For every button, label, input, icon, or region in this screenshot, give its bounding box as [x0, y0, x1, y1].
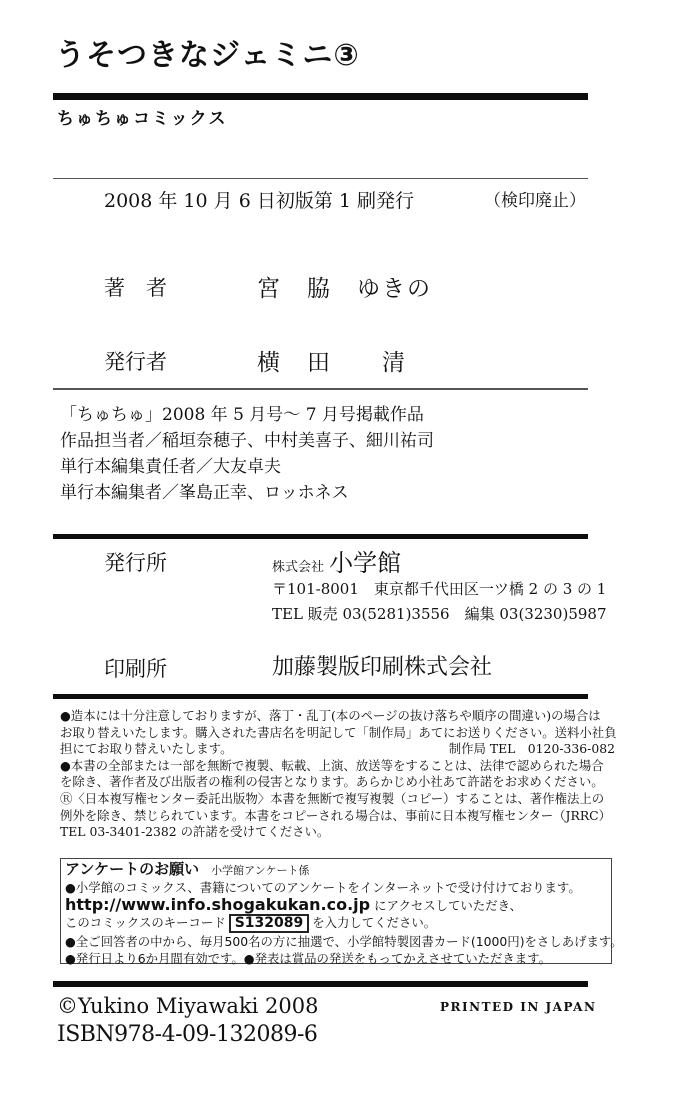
- key-code: S132089: [229, 914, 310, 933]
- imprint-label: ちゅちゅコミックス: [57, 104, 228, 129]
- credit-line: 単行本編集責任者／大友卓夫: [60, 454, 434, 480]
- notice-line: ●本書の全部または一部を無断で複製、転載、上演、放送等をすることは、法律で認めら…: [60, 758, 615, 775]
- edition-date: 2008 年 10 月 6 日初版第 1 刷発行: [104, 186, 414, 213]
- publisher-address: 〒101-8001 東京都千代田区一ツ橋 2 の 3 の 1: [272, 578, 606, 599]
- survey-box: アンケートのお願い小学館アンケート係 ●小学館のコミックス、書籍についてのアンケ…: [60, 858, 612, 964]
- notice-line: TEL 03-3401-2382 の許諾を受けてください。: [60, 824, 615, 841]
- survey-line: ●小学館のコミックス、書籍についてのアンケートをインターネットで受け付けておりま…: [65, 879, 607, 896]
- printer-label: 印刷所: [104, 653, 167, 683]
- seal-note: （検印廃止）: [484, 186, 586, 211]
- copyright: ©Yukino Miyawaki 2008: [57, 994, 319, 1018]
- book-title: うそつきなジェミニ③: [55, 30, 360, 74]
- production-phone: 制作局 TEL 0120-336-082: [449, 741, 615, 758]
- key-suffix: を入力してください。: [312, 915, 436, 930]
- publisher-phone: TEL 販売 03(5281)3556 編集 03(3230)5987: [272, 603, 607, 624]
- divider-thick-3: [53, 694, 588, 699]
- credits-block: 「ちゅちゅ」2008 年 5 月号～ 7 月号掲載作品 作品担当者／稲垣奈穂子、…: [60, 402, 434, 506]
- survey-heading: アンケートのお願い: [65, 860, 199, 878]
- notice-line: を除き、著作者及び出版者の権利の侵害となります。あらかじめ小社あて許諾をお求めく…: [60, 774, 615, 791]
- legal-notice: ●造本には十分注意しておりますが、落丁・乱丁(本のページの抜け落ちや順序の間違い…: [60, 708, 615, 841]
- publishing-house-name: 株式会社 小学館: [272, 543, 401, 578]
- divider-thin: [53, 178, 588, 179]
- isbn: ISBN978-4-09-132089-6: [57, 1022, 317, 1047]
- publisher-label: 発行者: [104, 346, 167, 376]
- notice-line: ●造本には十分注意しておりますが、落丁・乱丁(本のページの抜け落ちや順序の間違い…: [60, 708, 615, 725]
- credit-line: 単行本編集者／峯島正幸、ロッホネス: [60, 480, 434, 506]
- notice-line: お取り替えいたします。購入された書店名を明記して「制作局」あてにお送りください。…: [60, 725, 615, 742]
- divider-thick-bottom: [53, 981, 588, 987]
- company-prefix: 株式会社: [272, 560, 324, 575]
- survey-line: ●全ご回答者の中から、毎月500名の方に抽選で、小学館特製図書カード(1000円…: [65, 933, 607, 950]
- author-name: 宮 脇 ゆきの: [257, 270, 432, 303]
- publisher-name: 横 田 清: [257, 344, 407, 377]
- notice-line: 担にてお取り替えいたします。: [60, 741, 232, 756]
- key-prefix: このコミックスのキーコード: [65, 915, 226, 930]
- divider-thick-2: [53, 534, 588, 539]
- notice-line: 例外を除き、禁じられています。本書をコピーされる場合は、事前に日本複写権センター…: [60, 808, 615, 825]
- survey-url-suffix: にアクセスしていただき、: [370, 898, 522, 913]
- printer-name: 加藤製版印刷株式会社: [272, 650, 492, 681]
- credit-line: 「ちゅちゅ」2008 年 5 月号～ 7 月号掲載作品: [60, 402, 434, 428]
- publishing-house-label: 発行所: [104, 547, 167, 577]
- survey-sub: 小学館アンケート係: [211, 864, 309, 877]
- divider-mid: [53, 388, 588, 390]
- credit-line: 作品担当者／稲垣奈穂子、中村美喜子、細川祐司: [60, 428, 434, 454]
- author-label: 著 者: [104, 272, 167, 302]
- survey-line: ●発行日より6か月間有効です。●発表は賞品の発送をもってかえさせていただきます。: [65, 950, 607, 967]
- survey-url[interactable]: http://www.info.shogakukan.co.jp: [65, 895, 370, 914]
- company-name: 小学館: [329, 549, 401, 577]
- divider-thick-top: [53, 93, 588, 100]
- printed-in: PRINTED IN JAPAN: [440, 1000, 596, 1014]
- notice-line: Ⓡ〈日本複写権センター委託出版物〉本書を無断で複写複製（コピー）することは、著作…: [60, 791, 615, 808]
